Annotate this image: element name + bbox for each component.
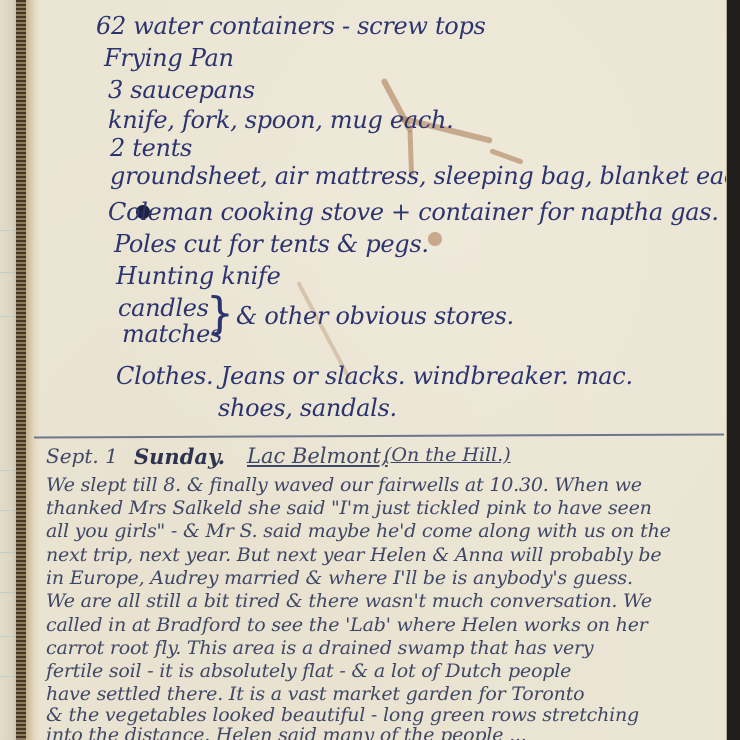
list-item: Poles cut for tents & pegs. <box>114 230 429 258</box>
scanned-diary-page: 62 water containers - screw tops Frying … <box>0 0 740 740</box>
binding-stitches <box>16 0 26 740</box>
list-item: 62 water containers - screw tops <box>96 12 486 40</box>
entry-line: fertile soil - it is absolutely flat - &… <box>46 660 571 682</box>
ruled-line <box>0 470 16 471</box>
ruled-line <box>0 592 16 593</box>
entry-line: have settled there. It is a vast market … <box>46 683 584 705</box>
scan-border-right <box>726 0 740 740</box>
ruled-line <box>0 636 16 637</box>
list-item: 3 saucepans <box>108 76 255 104</box>
list-item: Coleman cooking stove + container for na… <box>108 198 719 226</box>
entry-line: called in at Bradford to see the 'Lab' w… <box>46 614 648 636</box>
list-item: Clothes. Jeans or slacks. windbreaker. m… <box>116 362 633 390</box>
entry-line: in Europe, Audrey married & where I'll b… <box>46 567 633 589</box>
ruled-line <box>0 316 16 317</box>
list-item: shoes, sandals. <box>218 394 397 422</box>
gutter-shadow <box>26 0 40 740</box>
list-item: 2 tents <box>110 134 192 162</box>
entry-line: We slept till 8. & finally waved our fai… <box>46 474 642 496</box>
entry-line: all you girls" - & Mr S. said maybe he'd… <box>46 520 671 542</box>
entry-place: Lac Belmont, <box>247 444 388 468</box>
entry-date: Sept. 1 <box>46 444 118 468</box>
ruled-line <box>0 510 16 511</box>
list-item: Hunting knife <box>116 262 280 290</box>
entry-note: (On the Hill.) <box>384 444 511 466</box>
stain-mark <box>428 232 442 246</box>
previous-page-edge <box>0 0 16 740</box>
list-item: candles <box>118 294 209 322</box>
curly-brace: } <box>206 288 234 339</box>
entry-line: We are all still a bit tired & there was… <box>46 590 652 612</box>
ruled-line <box>0 230 16 231</box>
ruled-line <box>0 676 16 677</box>
entry-line: into the distance. Helen said many of th… <box>46 724 527 740</box>
list-item: groundsheet, air mattress, sleeping bag,… <box>110 162 740 190</box>
list-item: knife, fork, spoon, mug each. <box>108 106 453 134</box>
entry-line: & the vegetables looked beautiful - long… <box>46 704 639 726</box>
entry-line: next trip, next year. But next year Hele… <box>46 544 661 566</box>
entry-line: thanked Mrs Salkeld she said "I'm just t… <box>46 497 652 519</box>
list-item: Frying Pan <box>104 44 234 72</box>
ruled-line <box>0 272 16 273</box>
entry-day: Sunday. <box>134 444 225 469</box>
ruled-line <box>0 552 16 553</box>
list-item: & other obvious stores. <box>236 302 514 330</box>
entry-line: carrot root fly. This area is a drained … <box>46 637 593 659</box>
